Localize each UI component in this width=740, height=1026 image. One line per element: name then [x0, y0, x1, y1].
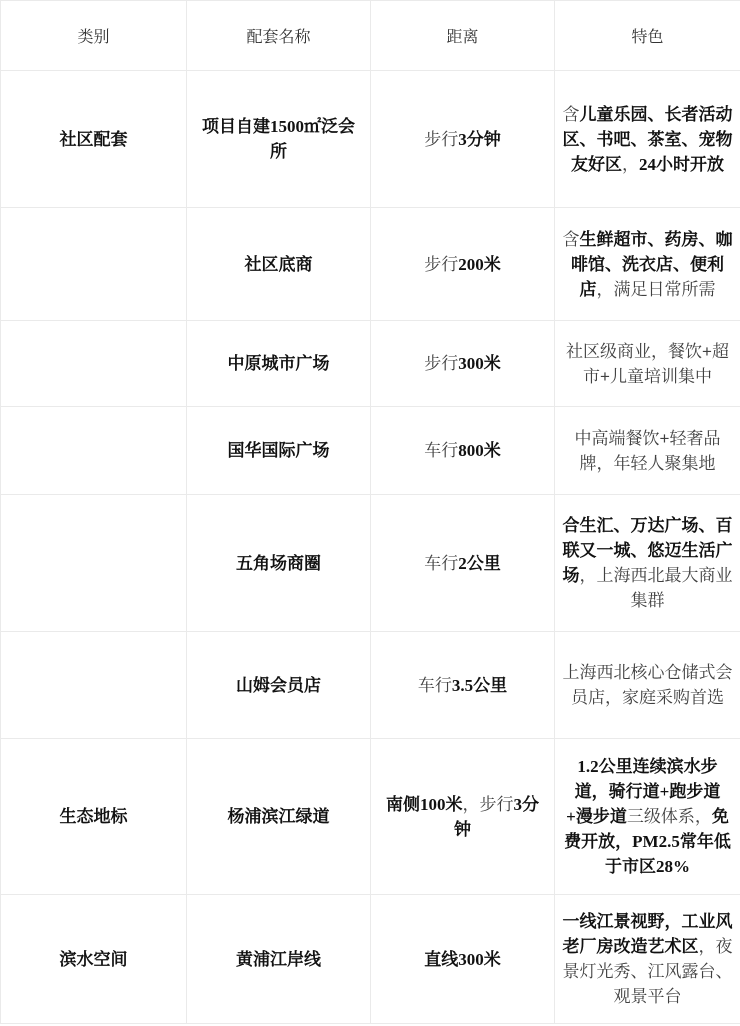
- cell-feature: 含生鲜超市、药房、咖啡馆、洗衣店、便利店，满足日常所需: [555, 208, 740, 321]
- cell-feature: 合生汇、万达广场、百联又一城、悠迈生活广场，上海西北最大商业集群: [555, 495, 740, 632]
- cell-name: 项目自建1500㎡泛会所: [187, 71, 371, 208]
- cell-name: 国华国际广场: [187, 407, 371, 495]
- text-run: 步行: [424, 255, 458, 274]
- header-row: 类别 配套名称 距离 特色: [1, 1, 740, 71]
- text-run: 步行: [424, 130, 458, 149]
- text-run: ，满足日常所需: [597, 280, 716, 299]
- page: 类别 配套名称 距离 特色 社区配套项目自建1500㎡泛会所步行3分钟含儿童乐园…: [0, 0, 740, 1026]
- text-run-bold: 中原城市广场: [228, 354, 330, 373]
- text-run: 含: [563, 105, 580, 124]
- cell-distance: 步行300米: [371, 321, 555, 407]
- cell-category: [1, 321, 187, 407]
- text-run: 上海西北核心仓储式会员店，家庭采购首选: [563, 663, 733, 707]
- cell-feature: 上海西北核心仓储式会员店，家庭采购首选: [555, 632, 740, 739]
- cell-feature: 含儿童乐园、长者活动区、书吧、茶室、宠物友好区，24小时开放: [555, 71, 740, 208]
- table-row: 中原城市广场步行300米社区级商业，餐饮+超市+儿童培训集中: [1, 321, 740, 407]
- table-row: 山姆会员店车行3.5公里上海西北核心仓储式会员店，家庭采购首选: [1, 632, 740, 739]
- text-run: 含: [563, 230, 580, 249]
- text-run-bold: 国华国际广场: [228, 441, 330, 460]
- text-run: 车行: [418, 676, 452, 695]
- cell-feature: 一线江景视野，工业风老厂房改造艺术区，夜景灯光秀、江风露台、观景平台: [555, 895, 740, 1024]
- table-row: 生态地标杨浦滨江绿道南侧100米，步行3分钟1.2公里连续滨水步道，骑行道+跑步…: [1, 739, 740, 895]
- text-run-bold: 山姆会员店: [236, 676, 321, 695]
- text-run-bold: 3.5公里: [452, 676, 507, 695]
- text-run-bold: 300米: [458, 354, 501, 373]
- text-run-bold: 五角场商圈: [236, 554, 321, 573]
- amenity-table: 类别 配套名称 距离 特色 社区配套项目自建1500㎡泛会所步行3分钟含儿童乐园…: [0, 0, 740, 1024]
- text-run: 车行: [424, 554, 458, 573]
- table-row: 社区配套项目自建1500㎡泛会所步行3分钟含儿童乐园、长者活动区、书吧、茶室、宠…: [1, 71, 740, 208]
- cell-category: [1, 632, 187, 739]
- cell-distance: 南侧100米，步行3分钟: [371, 739, 555, 895]
- text-run-bold: 800米: [458, 441, 501, 460]
- text-run-bold: 200米: [458, 255, 501, 274]
- text-run-bold: 社区配套: [60, 130, 128, 149]
- text-run-bold: 2公里: [458, 554, 501, 573]
- text-run: 三级体系，: [627, 807, 712, 826]
- cell-distance: 步行3分钟: [371, 71, 555, 208]
- cell-name: 黄浦江岸线: [187, 895, 371, 1024]
- text-run: ，上海西北最大商业集群: [580, 566, 733, 610]
- text-run-bold: 生态地标: [60, 807, 128, 826]
- cell-distance: 步行200米: [371, 208, 555, 321]
- cell-category: [1, 407, 187, 495]
- cell-feature: 1.2公里连续滨水步道，骑行道+跑步道+漫步道三级体系，免费开放，PM2.5常年…: [555, 739, 740, 895]
- cell-category: 生态地标: [1, 739, 187, 895]
- text-run: 步行: [424, 354, 458, 373]
- cell-name: 中原城市广场: [187, 321, 371, 407]
- text-run-bold: 直线300米: [424, 950, 501, 969]
- cell-name: 社区底商: [187, 208, 371, 321]
- cell-category: 社区配套: [1, 71, 187, 208]
- table-row: 国华国际广场车行800米中高端餐饮+轻奢品牌，年轻人聚集地: [1, 407, 740, 495]
- cell-name: 杨浦滨江绿道: [187, 739, 371, 895]
- cell-feature: 社区级商业，餐饮+超市+儿童培训集中: [555, 321, 740, 407]
- text-run-bold: 社区底商: [245, 255, 313, 274]
- text-run-bold: 3分钟: [458, 130, 501, 149]
- text-run-bold: 黄浦江岸线: [236, 950, 321, 969]
- cell-distance: 车行800米: [371, 407, 555, 495]
- cell-distance: 车行3.5公里: [371, 632, 555, 739]
- cell-category: 滨水空间: [1, 895, 187, 1024]
- text-run-bold: 24小时开放: [639, 155, 724, 174]
- header-category: 类别: [1, 1, 187, 71]
- cell-distance: 车行2公里: [371, 495, 555, 632]
- cell-category: [1, 495, 187, 632]
- header-distance: 距离: [371, 1, 555, 71]
- text-run: ，步行: [463, 795, 514, 814]
- table-body: 社区配套项目自建1500㎡泛会所步行3分钟含儿童乐园、长者活动区、书吧、茶室、宠…: [1, 71, 740, 1024]
- cell-name: 五角场商圈: [187, 495, 371, 632]
- cell-feature: 中高端餐饮+轻奢品牌，年轻人聚集地: [555, 407, 740, 495]
- text-run: 车行: [424, 441, 458, 460]
- text-run-bold: 滨水空间: [60, 950, 128, 969]
- cell-name: 山姆会员店: [187, 632, 371, 739]
- cell-distance: 直线300米: [371, 895, 555, 1024]
- table-row: 滨水空间黄浦江岸线直线300米一线江景视野，工业风老厂房改造艺术区，夜景灯光秀、…: [1, 895, 740, 1024]
- text-run: 中高端餐饮+轻奢品牌，年轻人聚集地: [575, 429, 721, 473]
- header-name: 配套名称: [187, 1, 371, 71]
- text-run-bold: 杨浦滨江绿道: [228, 807, 330, 826]
- table-row: 五角场商圈车行2公里合生汇、万达广场、百联又一城、悠迈生活广场，上海西北最大商业…: [1, 495, 740, 632]
- text-run-bold: 项目自建1500㎡泛会所: [202, 117, 355, 161]
- text-run: ，: [622, 155, 639, 174]
- text-run: 社区级商业，餐饮+超市+儿童培训集中: [566, 342, 729, 386]
- cell-category: [1, 208, 187, 321]
- table-row: 社区底商步行200米含生鲜超市、药房、咖啡馆、洗衣店、便利店，满足日常所需: [1, 208, 740, 321]
- header-feature: 特色: [555, 1, 740, 71]
- text-run-bold: 南侧100米: [386, 795, 463, 814]
